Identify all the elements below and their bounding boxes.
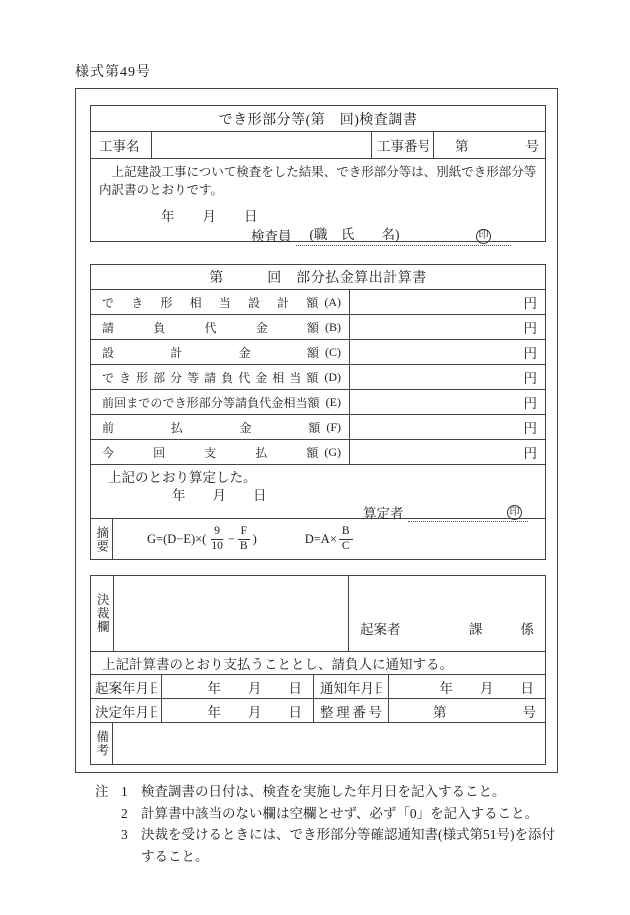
section-label: 課 [469, 618, 483, 638]
day-label: 日 [289, 701, 303, 721]
calculator-label: 算定者 [363, 505, 404, 523]
form-number: 様式第49号 [75, 61, 151, 81]
number-prefix: 第 [455, 135, 469, 155]
memo-label-cell: 備考 [91, 723, 113, 764]
calc-row-c-label: 設計金額 [102, 344, 319, 361]
day-label: 日 [521, 677, 535, 697]
yen-unit: 円 [524, 442, 538, 462]
calc-row-d-label: でき形部分等請負代金相当額 [102, 369, 318, 386]
ref-number-field: 第 号 [388, 699, 545, 722]
remarks-formula-row: 摘要 G=(D−E)×( 910 − FB ) D=A× BC [91, 518, 545, 559]
calc-row-f-code: (F) [326, 420, 341, 435]
calc-row-e-label: 前回までのでき形部分等請負代金相当額 [102, 394, 320, 411]
note-item-2: 2 計算書中該当のない欄は空欄とせず、必ず「0」を記入すること。 [121, 803, 557, 825]
month-label: 月 [213, 487, 227, 505]
calc-row-g-label: 今回支払額 [102, 444, 318, 461]
year-label: 年 [440, 677, 454, 697]
calc-row-c-code: (C) [325, 345, 341, 360]
decide-date-label-cell: 決定年月日 [91, 699, 161, 722]
draft-notify-date-row: 起案年月日 年 月 日 通知年月日 年 月 日 [91, 674, 545, 698]
project-name-field [151, 132, 371, 158]
number-suffix: 号 [523, 701, 537, 721]
calc-row-e-code: (E) [326, 395, 341, 410]
staff-label: 係 [521, 618, 535, 638]
note-item-1: 1 検査調書の日付は、検査を実施した年月日を記入すること。 [121, 781, 557, 803]
inspector-signature-line: 検査員 (職 氏 名) 印 [251, 226, 511, 246]
year-label: 年 [161, 205, 175, 225]
fraction-f-b: FB [237, 525, 251, 552]
memo-label: 備考 [95, 730, 108, 757]
project-row: 工事名 工事番号 第 号 [91, 131, 545, 158]
calc-row-f: 前払金額(F) 円 [91, 414, 545, 439]
yen-unit: 円 [524, 292, 538, 312]
memo-field [113, 723, 545, 764]
calc-row-d-value: 円 [349, 365, 545, 389]
note-number: 1 [121, 781, 141, 803]
year-label: 年 [208, 701, 222, 721]
calc-row-a-value: 円 [349, 290, 545, 314]
day-label: 日 [253, 487, 267, 505]
drafter-label: 起案者 [360, 618, 401, 638]
day-label: 日 [244, 205, 258, 225]
formula-zone: G=(D−E)×( 910 − FB ) D=A× BC [113, 525, 545, 552]
calc-row-c-value: 円 [349, 340, 545, 364]
payment-calc-title: 第 回 部分払金算出計算書 [91, 265, 545, 289]
day-label: 日 [289, 677, 303, 697]
year-label: 年 [172, 487, 186, 505]
calc-row-b: 請負代金額(B) 円 [91, 314, 545, 339]
calc-row-f-label: 前払金額 [102, 419, 320, 436]
inspection-date-line: 年 月 日 [161, 205, 537, 225]
inspection-report-title: でき形部分等(第 回)検査調書 [91, 106, 545, 131]
note-text: 検査調書の日付は、検査を実施した年月日を記入すること。 [141, 781, 557, 803]
calc-row-a: でき形相当設計額(A) 円 [91, 289, 545, 314]
calc-row-f-value: 円 [349, 415, 545, 439]
note-text: 計算書中該当のない欄は空欄とせず、必ず「0」を記入すること。 [141, 803, 557, 825]
calc-row-e: 前回までのでき形部分等請負代金相当額(E) 円 [91, 389, 545, 414]
seal-icon: 印 [476, 229, 491, 244]
note-number: 2 [121, 803, 141, 825]
seal-icon: 印 [507, 505, 522, 520]
fraction-9-10: 910 [208, 525, 226, 552]
year-label: 年 [208, 677, 222, 697]
payment-calc-table: 第 回 部分払金算出計算書 でき形相当設計額(A) 円 請負代金額(B) 円 設… [90, 264, 546, 560]
calc-signoff-section: 上記のとおり算定した。 年 月 日 算定者 印 [91, 464, 545, 518]
draft-date-label-cell: 起案年月日 [91, 675, 161, 698]
approval-table: 決裁欄 起案者 課 係 上記計算書のとおり支払うこととし、請負人に通知する。 起… [90, 575, 546, 765]
calc-row-c: 設計金額(C) 円 [91, 339, 545, 364]
inspector-label: 検査員 [251, 228, 292, 246]
drafter-cell: 起案者 課 係 [348, 576, 545, 651]
month-label: 月 [248, 677, 262, 697]
yen-unit: 円 [524, 392, 538, 412]
calc-row-g: 今回支払額(G) 円 [91, 439, 545, 464]
month-label: 月 [480, 677, 494, 697]
decide-date-field: 年 月 日 [161, 699, 313, 722]
yen-unit: 円 [524, 417, 538, 437]
yen-unit: 円 [524, 342, 538, 362]
calc-date-line: 年 月 日 [172, 487, 536, 505]
remarks-label-cell: 摘要 [91, 519, 113, 559]
formula-g: G=(D−E)×( 910 − FB ) [147, 525, 257, 552]
draft-date-field: 年 月 日 [161, 675, 313, 698]
approval-stamp-area [113, 576, 348, 651]
note-marker: 注 [95, 781, 121, 867]
note-list: 1 検査調書の日付は、検査を実施した年月日を記入すること。 2 計算書中該当のな… [121, 781, 557, 867]
inspection-statement: 上記建設工事について検査をした結果、でき形部分等は、別紙でき形部分等内訳書のとお… [99, 164, 537, 200]
number-prefix: 第 [433, 701, 447, 721]
calc-row-d: でき形部分等請負代金相当額(D) 円 [91, 364, 545, 389]
calc-row-b-value: 円 [349, 315, 545, 339]
calc-row-a-label: でき形相当設計額 [102, 294, 318, 311]
decide-refno-row: 決定年月日 年 月 日 整理番号 第 号 [91, 698, 545, 722]
inspector-signature-leader: (職 氏 名) 印 [296, 226, 512, 246]
calc-row-g-value: 円 [349, 440, 545, 464]
month-label: 月 [248, 701, 262, 721]
project-number-field: 第 号 [433, 132, 545, 158]
calc-row-g-code: (G) [324, 445, 341, 460]
calc-computed-note: 上記のとおり算定した。 [108, 469, 536, 487]
formula-d: D=A× BC [305, 525, 353, 552]
project-name-label: 工事名 [91, 135, 151, 155]
approval-column-label: 決裁欄 [96, 593, 109, 634]
calculator-signature-line: 算定者 印 [363, 505, 528, 523]
form-outer-frame: でき形部分等(第 回)検査調書 工事名 工事番号 第 号 上記建設工事について検… [75, 88, 558, 773]
yen-unit: 円 [524, 317, 538, 337]
note-item-3: 3 決裁を受けるときには、でき形部分等確認通知書(様式第51号)を添付すること。 [121, 824, 557, 867]
calc-row-b-code: (B) [325, 320, 341, 335]
notify-date-label-cell: 通知年月日 [313, 675, 388, 698]
calc-row-d-code: (D) [324, 370, 341, 385]
remarks-label: 摘要 [95, 526, 108, 553]
calc-row-a-code: (A) [324, 295, 341, 310]
number-suffix: 号 [526, 135, 540, 155]
approval-stamp-row: 決裁欄 起案者 課 係 [91, 576, 545, 651]
inspection-report-table: でき形部分等(第 回)検査調書 工事名 工事番号 第 号 上記建設工事について検… [90, 105, 546, 242]
calculator-signature-leader: 印 [408, 505, 529, 522]
payment-notice: 上記計算書のとおり支払うこととし、請負人に通知する。 [91, 651, 545, 674]
inspector-name-hint: (職 氏 名) [310, 226, 400, 244]
memo-row: 備考 [91, 722, 545, 764]
notify-date-field: 年 月 日 [388, 675, 545, 698]
month-label: 月 [203, 205, 217, 225]
project-number-label: 工事番号 [371, 132, 433, 158]
note-number: 3 [121, 824, 141, 867]
inspection-statement-section: 上記建設工事について検査をした結果、でき形部分等は、別紙でき形部分等内訳書のとお… [91, 158, 545, 241]
yen-unit: 円 [524, 367, 538, 387]
calc-row-e-value: 円 [349, 390, 545, 414]
fraction-b-c: BC [339, 525, 353, 552]
note-text: 決裁を受けるときには、でき形部分等確認通知書(様式第51号)を添付すること。 [141, 824, 557, 867]
footnotes: 注 1 検査調書の日付は、検査を実施した年月日を記入すること。 2 計算書中該当… [95, 781, 557, 867]
calc-row-b-label: 請負代金額 [102, 319, 319, 336]
approval-column-label-cell: 決裁欄 [91, 576, 113, 651]
ref-number-label-cell: 整理番号 [313, 699, 388, 722]
